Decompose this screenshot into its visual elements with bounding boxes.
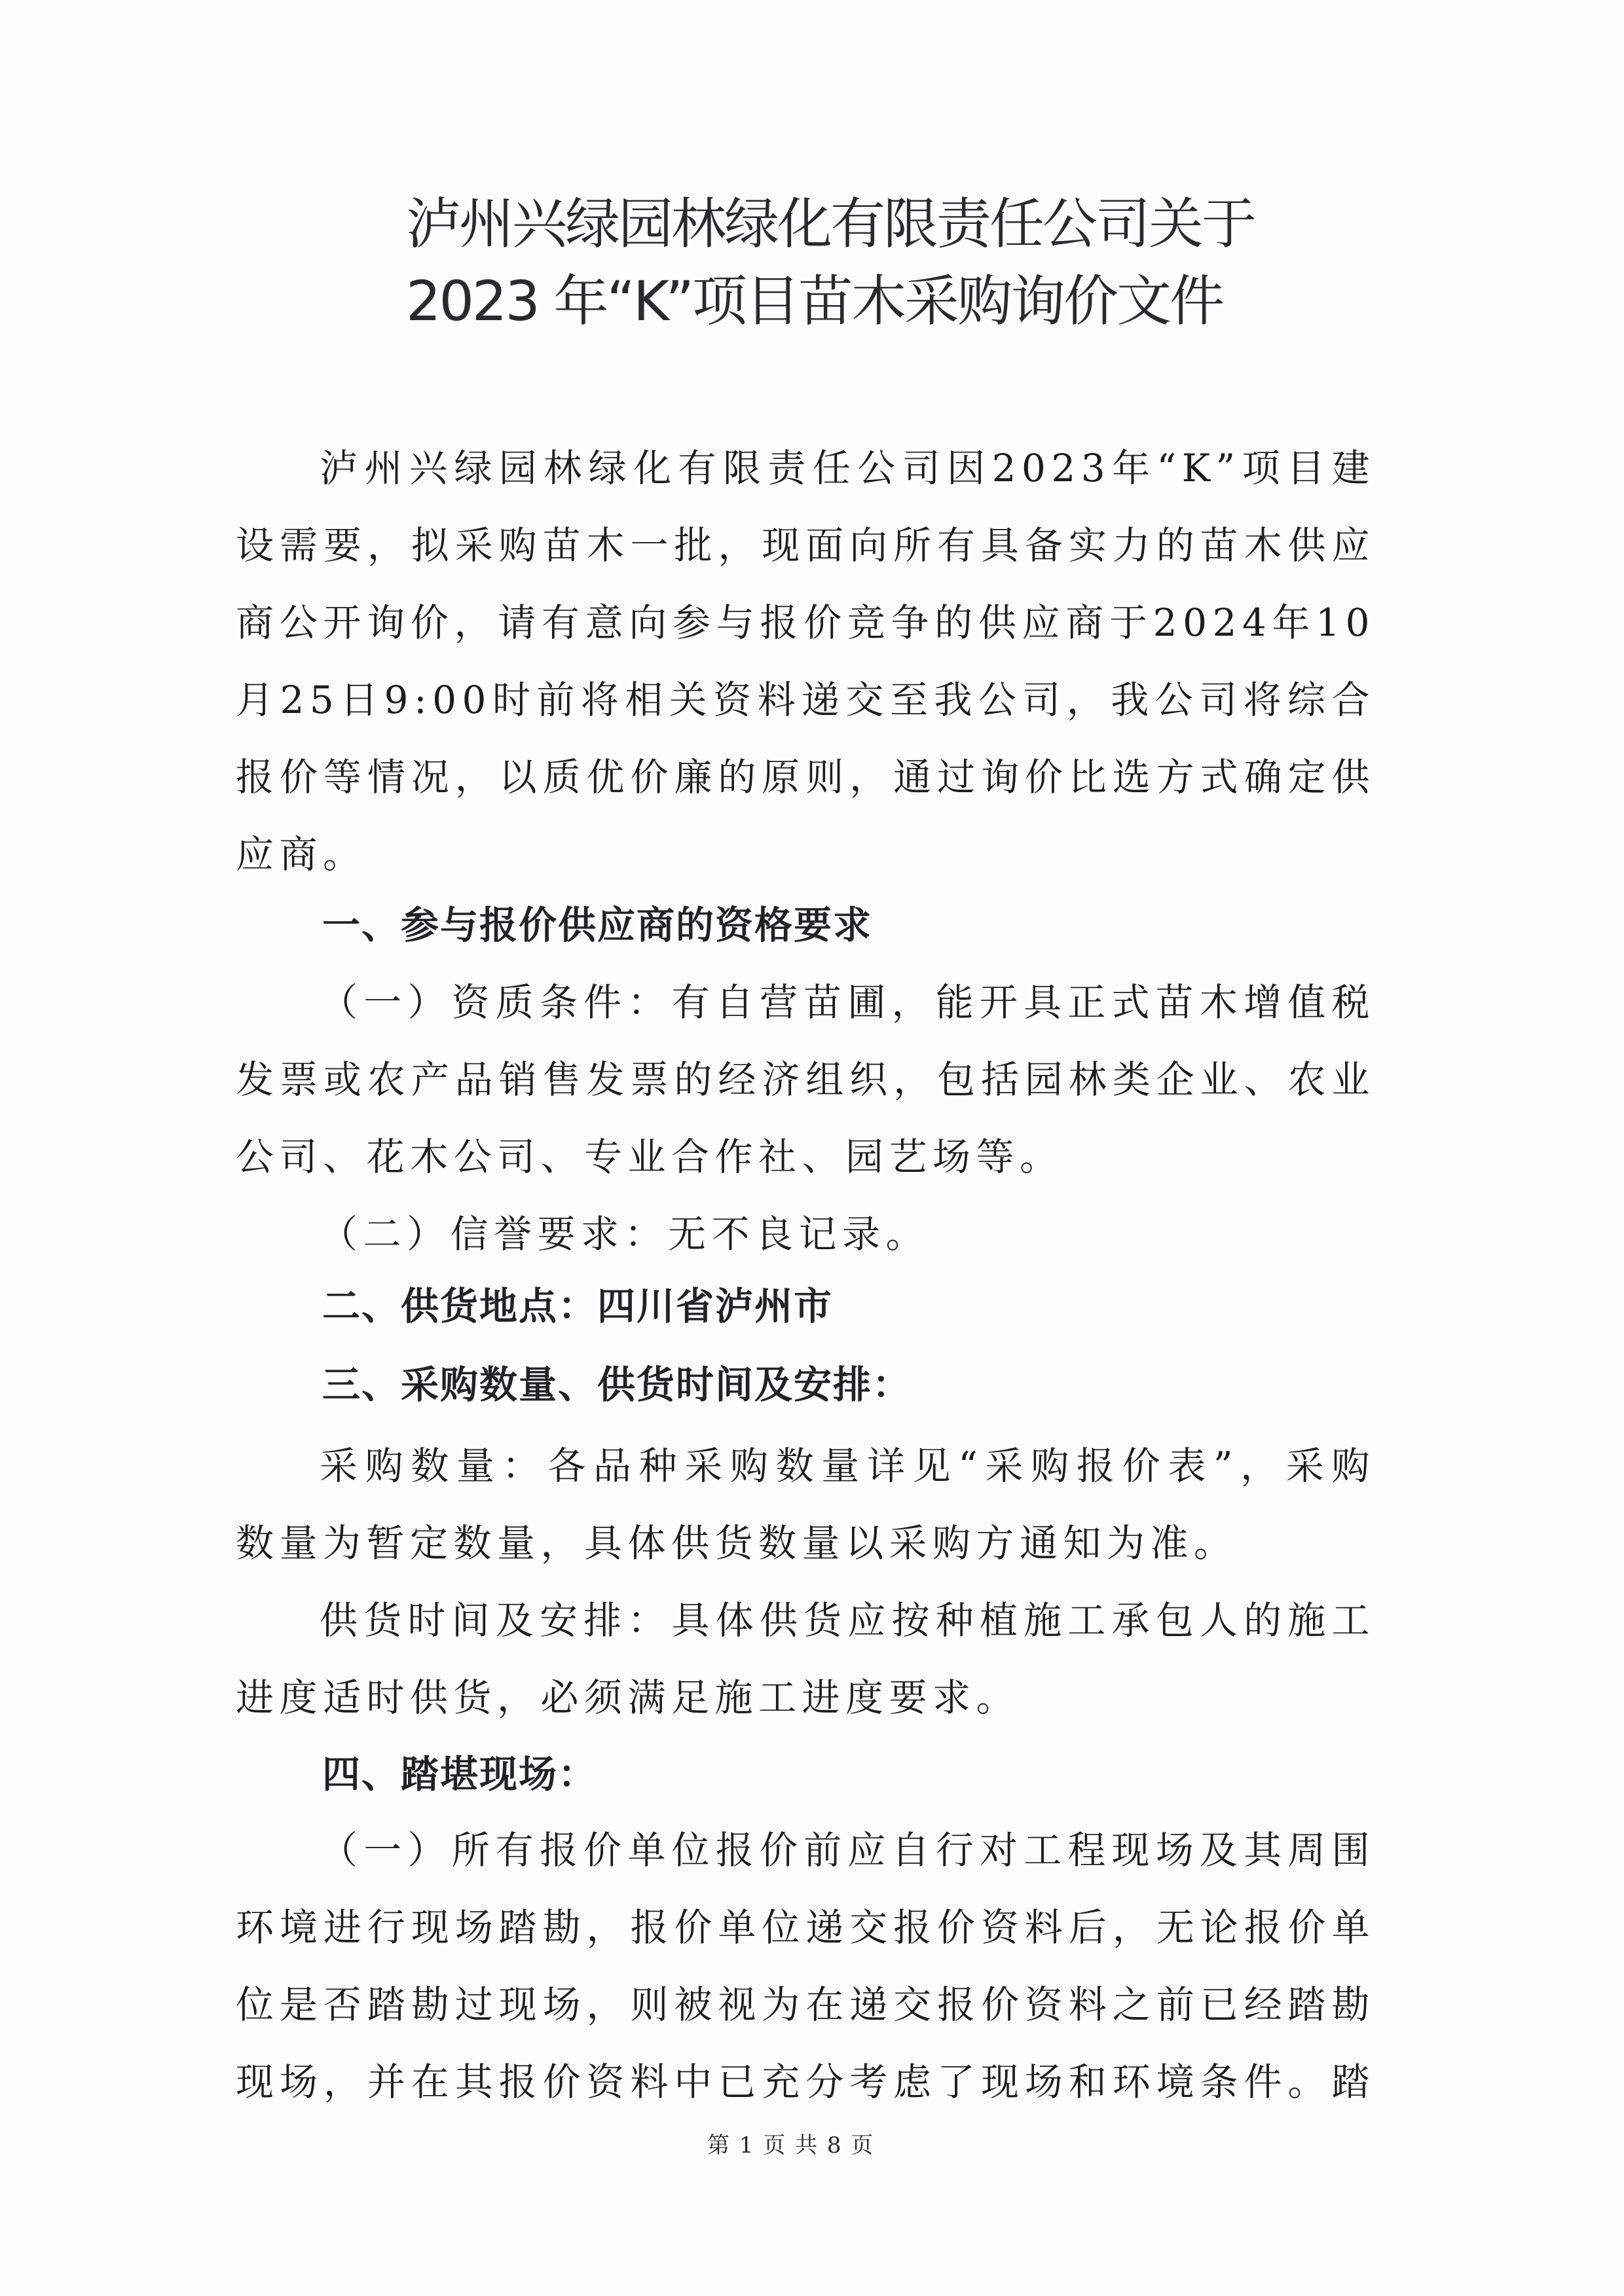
intro-line-6: 应商。 (236, 822, 1375, 887)
section-4-item-1-line-2: 环境进行现场踏勘，报价单位递交报价资料后，无论报价单 (236, 1895, 1375, 1960)
section-1-item-1-line-2: 发票或农产品销售发票的经济组织，包括园林类企业、农业 (236, 1047, 1375, 1112)
page-number: 第 1 页 共 8 页 (707, 2129, 904, 2162)
section-1-item-1-line-1: （一）资质条件：有自营苗圃，能开具正式苗木增值税 (320, 970, 1375, 1035)
section-4-item-1-line-4: 现场，并在其报价资料中已充分考虑了现场和环境条件。踏 (236, 2049, 1375, 2115)
section-4-item-1-line-3: 位是否踏勘过现场，则被视为在递交报价资料之前已经踏勘 (236, 1972, 1375, 2037)
section-3-heading: 三、采购数量、供货时间及安排： (322, 1352, 912, 1417)
section-3-quantity-line-1: 采购数量：各品种采购数量详见“采购报价表”，采购 (320, 1433, 1375, 1499)
section-4-item-1-line-1: （一）所有报价单位报价前应自行对工程现场及其周围 (320, 1817, 1375, 1883)
section-1-item-1-line-3: 公司、花木公司、专业合作社、园艺场等。 (236, 1124, 1375, 1190)
section-2-heading: 二、供货地点：四川省泸州市 (322, 1273, 833, 1339)
intro-line-3: 商公开询价，请有意向参与报价竞争的供应商于2024年10 (236, 590, 1375, 655)
section-3-schedule-line-2: 进度适时供货，必须满足施工进度要求。 (236, 1665, 1375, 1730)
section-3-quantity-line-2: 数量为暂定数量，具体供货数量以采购方通知为准。 (236, 1510, 1375, 1576)
intro-line-5: 报价等情况，以质优价廉的原则，通过询价比选方式确定供 (236, 744, 1375, 810)
section-1-heading: 一、参与报价供应商的资格要求 (322, 892, 872, 958)
intro-line-2: 设需要，拟采购苗木一批，现面向所有具备实力的苗木供应 (236, 513, 1375, 578)
intro-line-4: 月25日9:00时前将相关资料递交至我公司，我公司将综合 (236, 667, 1375, 733)
section-3-schedule-line-1: 供货时间及安排：具体供货应按种植施工承包人的施工 (320, 1588, 1375, 1653)
document-title-line-1: 泸州兴绿园林绿化有限责任公司关于 (406, 191, 1323, 257)
intro-line-1: 泸州兴绿园林绿化有限责任公司因2023年“K”项目建 (320, 435, 1375, 501)
document-page: 泸州兴绿园林绿化有限责任公司关于 2023 年“K”项目苗木采购询价文件 泸州兴… (0, 0, 1624, 2296)
section-1-item-2: （二）信誉要求：无不良记录。 (320, 1201, 1375, 1267)
section-4-heading: 四、踏堪现场： (322, 1741, 597, 1807)
document-title-line-2: 2023 年“K”项目苗木采购询价文件 (406, 268, 1323, 334)
